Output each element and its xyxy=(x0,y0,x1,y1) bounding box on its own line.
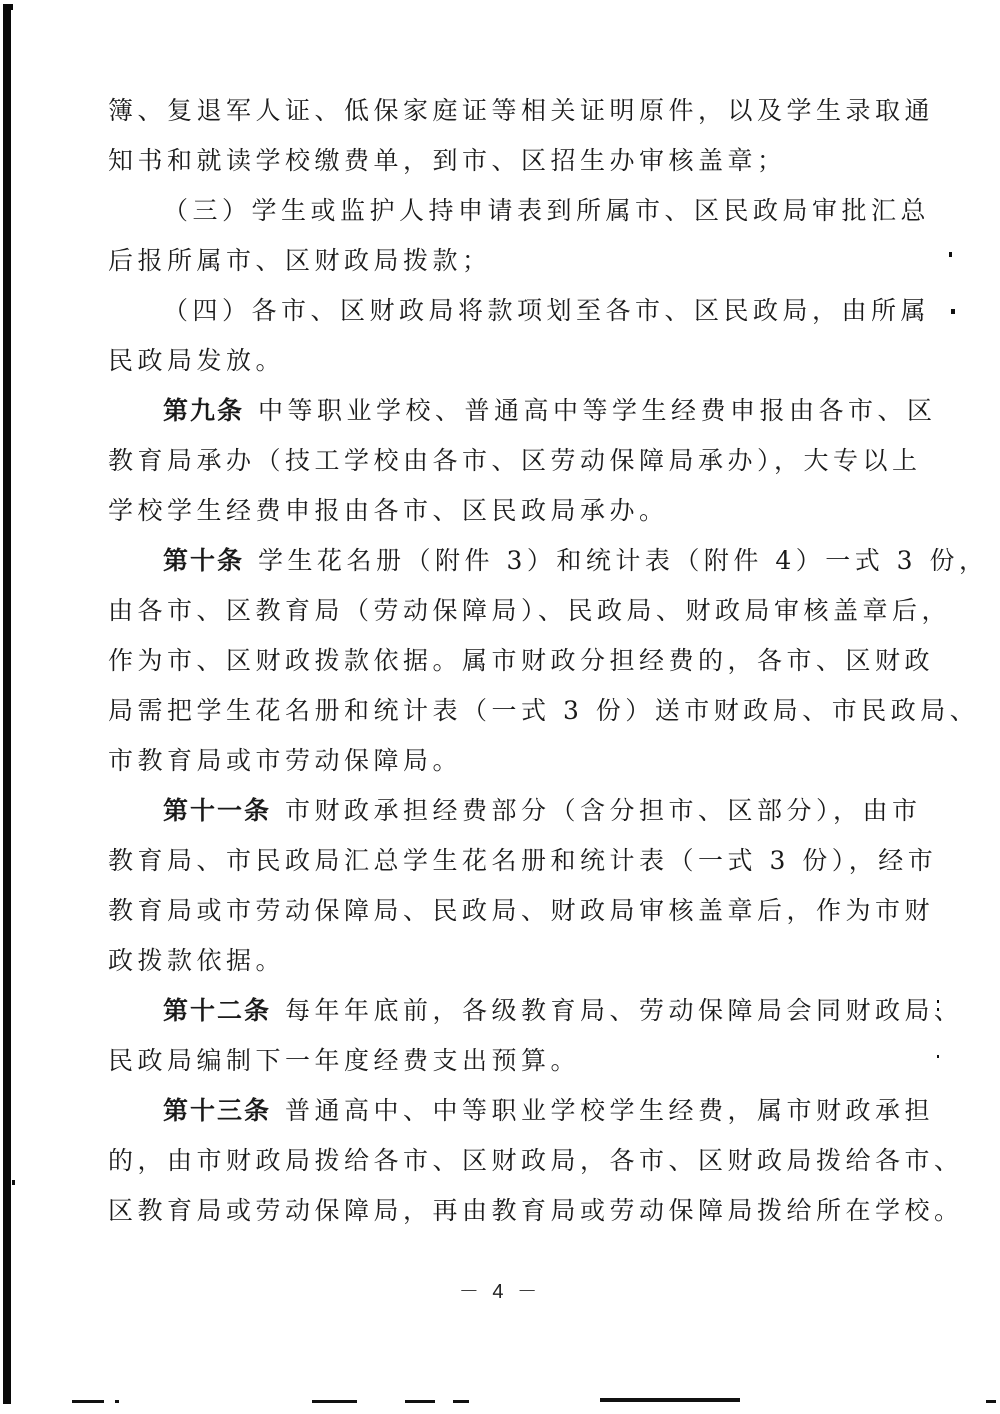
scan-footer-mark xyxy=(986,1400,996,1403)
text-line: 第十二条每年年底前，各级教育局、劳动保障局会同财政局、 xyxy=(108,986,868,1036)
paragraph-continuation: 簿、复退军人证、低保家庭证等相关证明原件，以及学生录取通 知书和就读学校缴费单，… xyxy=(108,86,868,186)
text-line: 作为市、区财政拨款依据。属市财政分担经费的，各市、区财政 xyxy=(108,636,868,686)
page-number: － 4 － xyxy=(0,1275,1000,1304)
text-line: 第十一条市财政承担经费部分（含分担市、区部分），由市 xyxy=(108,786,868,836)
text-line: 教育局或市劳动保障局、民政局、财政局审核盖章后，作为市财 xyxy=(108,886,868,936)
article-10: 第十条学生花名册（附件 3）和统计表（附件 4）一式 3 份， 由各市、区教育局… xyxy=(108,536,868,786)
scan-edge-bar xyxy=(3,8,11,1404)
document-body: 簿、复退军人证、低保家庭证等相关证明原件，以及学生录取通 知书和就读学校缴费单，… xyxy=(108,86,868,1236)
article-9: 第九条中等职业学校、普通高中等学生经费申报由各市、区 教育局承办（技工学校由各市… xyxy=(108,386,868,536)
text-line: 教育局、市民政局汇总学生花名册和统计表（一式 3 份），经市 xyxy=(108,836,868,886)
text-line: 的，由市财政局拨给各市、区财政局，各市、区财政局拨给各市、 xyxy=(108,1136,868,1186)
paragraph-item-4: （四）各市、区财政局将款项划至各市、区民政局，由所属 民政局发放。 xyxy=(108,286,868,386)
text-line: （四）各市、区财政局将款项划至各市、区民政局，由所属 xyxy=(108,286,868,336)
text-content: 普通高中、中等职业学校学生经费，属市财政承担 xyxy=(285,1096,934,1125)
scan-speck xyxy=(951,309,955,314)
text-content: 中等职业学校、普通高中等学生经费申报由各市、区 xyxy=(258,396,937,425)
article-heading: 第十三条 xyxy=(163,1096,271,1125)
article-12: 第十二条每年年底前，各级教育局、劳动保障局会同财政局、 民政局编制下一年度经费支… xyxy=(108,986,868,1086)
scan-footer-mark xyxy=(115,1400,119,1403)
text-line: 簿、复退军人证、低保家庭证等相关证明原件，以及学生录取通 xyxy=(108,86,868,136)
text-line: 第十三条普通高中、中等职业学校学生经费，属市财政承担 xyxy=(108,1086,868,1136)
text-line: 教育局承办（技工学校由各市、区劳动保障局承办），大专以上 xyxy=(108,436,868,486)
scan-speck xyxy=(937,1008,939,1011)
text-content: 每年年底前，各级教育局、劳动保障局会同财政局、 xyxy=(285,996,964,1025)
text-line: 局需把学生花名册和统计表（一式 3 份）送市财政局、市民政局、 xyxy=(108,686,868,736)
text-line: 由各市、区教育局（劳动保障局）、民政局、财政局审核盖章后， xyxy=(108,586,868,636)
text-content: 学生花名册（附件 3）和统计表（附件 4）一式 3 份， xyxy=(258,546,989,575)
text-line: 政拨款依据。 xyxy=(108,936,868,986)
text-line: 区教育局或劳动保障局，再由教育局或劳动保障局拨给所在学校。 xyxy=(108,1186,868,1236)
scan-speck xyxy=(949,252,952,257)
scan-footer-mark xyxy=(312,1400,357,1403)
text-line: （三）学生或监护人持申请表到所属市、区民政局审批汇总 xyxy=(108,186,868,236)
article-11: 第十一条市财政承担经费部分（含分担市、区部分），由市 教育局、市民政局汇总学生花… xyxy=(108,786,868,986)
scan-footer-mark xyxy=(600,1398,740,1402)
text-line: 知书和就读学校缴费单，到市、区招生办审核盖章； xyxy=(108,136,868,186)
text-line: 第九条中等职业学校、普通高中等学生经费申报由各市、区 xyxy=(108,386,868,436)
paragraph-item-3: （三）学生或监护人持申请表到所属市、区民政局审批汇总 后报所属市、区财政局拨款； xyxy=(108,186,868,286)
scan-footer-mark xyxy=(72,1400,104,1403)
text-content: 市财政承担经费部分（含分担市、区部分），由市 xyxy=(285,796,922,825)
scan-footer-mark xyxy=(405,1400,435,1403)
text-line: 学校学生经费申报由各市、区民政局承办。 xyxy=(108,486,868,536)
text-line: 第十条学生花名册（附件 3）和统计表（附件 4）一式 3 份， xyxy=(108,536,868,586)
scan-footer-mark xyxy=(453,1400,469,1403)
article-13: 第十三条普通高中、中等职业学校学生经费，属市财政承担 的，由市财政局拨给各市、区… xyxy=(108,1086,868,1236)
article-heading: 第十一条 xyxy=(163,796,271,825)
text-line: 民政局编制下一年度经费支出预算。 xyxy=(108,1036,868,1086)
text-line: 后报所属市、区财政局拨款； xyxy=(108,236,868,286)
scan-speck xyxy=(12,1180,15,1185)
scan-speck xyxy=(937,1000,939,1003)
text-line: 市教育局或市劳动保障局。 xyxy=(108,736,868,786)
scan-speck xyxy=(937,1055,939,1058)
article-heading: 第九条 xyxy=(163,396,244,425)
text-line: 民政局发放。 xyxy=(108,336,868,386)
article-heading: 第十条 xyxy=(163,546,244,575)
article-heading: 第十二条 xyxy=(163,996,271,1025)
